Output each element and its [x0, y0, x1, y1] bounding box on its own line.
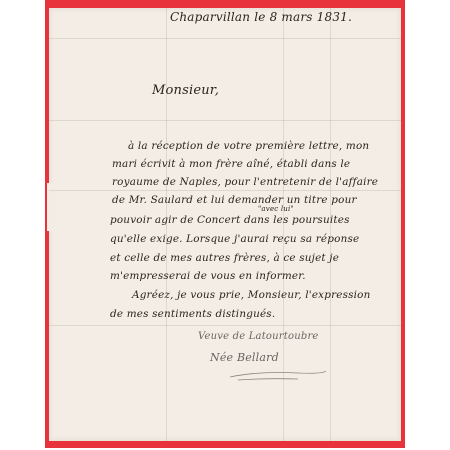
salutation: Monsieur, [152, 83, 219, 98]
fold-line [49, 38, 401, 39]
fold-line [49, 120, 401, 121]
body-line: pouvoir agir de Concert dans les poursui… [110, 214, 350, 226]
body-line: royaume de Naples, pour l'entretenir de … [112, 176, 378, 188]
body-line: de Mr. Saulard et lui demander un titre … [112, 194, 357, 206]
body-line: à la réception de votre première lettre,… [128, 140, 369, 152]
interlinear-insertion: "avec lui" [258, 205, 294, 213]
fold-line [49, 325, 401, 326]
body-line: qu'elle exige. Lorsque j'aurai reçu sa r… [110, 233, 359, 245]
body-line: mari écrivit à mon frère aîné, établi da… [112, 158, 350, 170]
body-line: m'empresserai de vous en informer. [110, 270, 306, 282]
fold-line [49, 190, 401, 191]
closing-line: Agréez, je vous prie, Monsieur, l'expres… [132, 289, 371, 301]
body-line: et celle de mes autres frères, à ce suje… [110, 252, 339, 264]
signature-line: Veuve de Latourtoubre [198, 331, 319, 342]
closing-line: de mes sentiments distingués. [110, 308, 275, 320]
signature-line: Née Bellard [210, 351, 279, 364]
signature-flourish [228, 367, 330, 383]
place-date: Chaparvillan le 8 mars 1831. [170, 10, 352, 24]
